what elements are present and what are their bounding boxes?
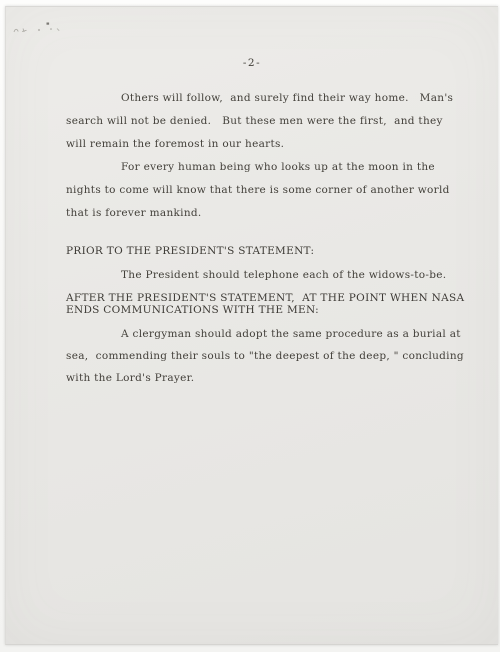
- heading-after-statement-nasa: AFTER THE PRESIDENT'S STATEMENT, AT THE …: [66, 292, 464, 316]
- scan-background: -2- Others will follow, and surely find …: [0, 0, 500, 652]
- document-page: -2- Others will follow, and surely find …: [5, 6, 498, 645]
- paragraph-clergyman-burial-at-sea: A clergyman should adopt the same proced…: [66, 323, 464, 389]
- paragraph-president-telephone: The President should telephone each of t…: [66, 268, 446, 282]
- heading-prior-to-statement: PRIOR TO THE PRESIDENT'S STATEMENT:: [66, 244, 314, 258]
- pencil-marks: [10, 19, 70, 39]
- paragraph-for-every-human-being: For every human being who looks up at th…: [66, 156, 450, 225]
- page-number: -2-: [6, 57, 498, 69]
- paragraph-others-will-follow: Others will follow, and surely find thei…: [66, 87, 453, 156]
